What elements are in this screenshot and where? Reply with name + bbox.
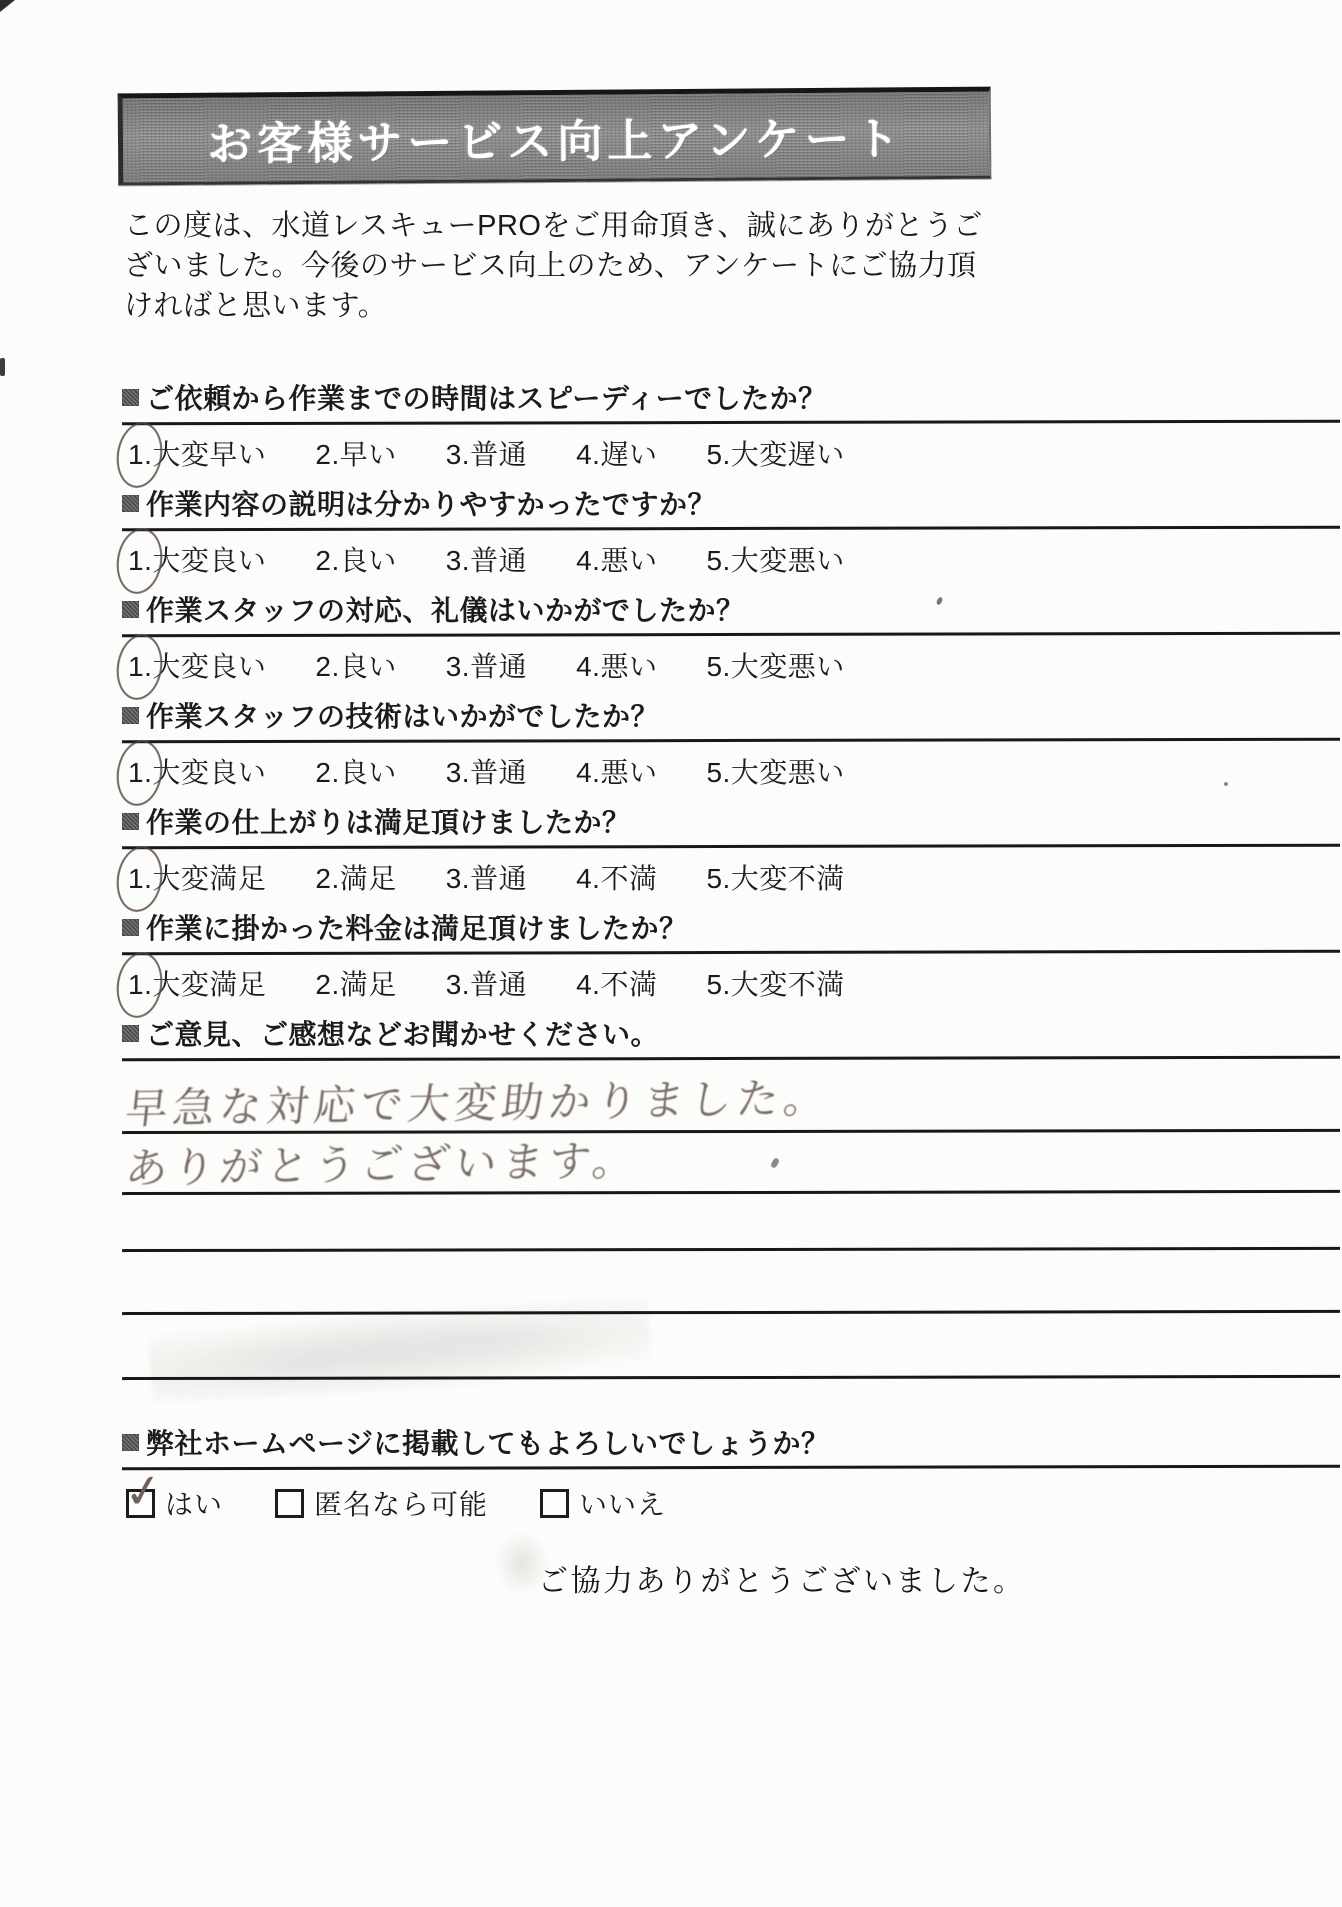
handwritten-circle [112,525,167,597]
question-3-option-1[interactable]: 1.大変良い [128,645,266,685]
question-label: 作業スタッフの対応、礼儀はいかがでしたか？ [146,589,745,629]
handwritten-comment: 早急な対応で大変助かりました。 [123,1065,834,1136]
question-heading: 作業の仕上がりは満足頂けましたか？ [122,802,1340,840]
question-6-option-3[interactable]: 3.普通 [446,963,527,1003]
comment-lines: 早急な対応で大変助かりました。ありがとうございます。 [122,1060,1340,1379]
publish-label: 弊社ホームページに掲載してもよろしいでしょうか？ [146,1422,829,1462]
question-heading: 作業に掛かった料金は満足頂けましたか？ [122,908,1340,946]
question-3-option-2[interactable]: 2.良い [315,645,396,685]
handwritten-comment: ありがとうございます。 [123,1128,643,1196]
question-1-option-4[interactable]: 4.遅い [576,433,657,473]
form-body: ご依頼から作業までの時間はスピーディーでしたか？ 1.大変早い2.早い3.普通4… [122,378,1340,1523]
question-3-option-3[interactable]: 3.普通 [446,645,527,685]
checkbox[interactable] [540,1489,569,1518]
publish-heading: 弊社ホームページに掲載してもよろしいでしょうか？ [122,1423,1340,1461]
comments-section: ご意見、ご感想などお聞かせください。 早急な対応で大変助かりました。ありがとうご… [122,1014,1340,1379]
question-block: 作業スタッフの対応、礼儀はいかがでしたか？ 1.大変良い2.良い3.普通4.悪い… [122,590,1340,682]
question-block: 作業内容の説明は分かりやすかったですか？ 1.大変良い2.良い3.普通4.悪い5… [122,484,1340,576]
handwritten-circle [112,631,167,703]
question-5-option-2[interactable]: 2.満足 [315,857,396,897]
question-2-option-3[interactable]: 3.普通 [446,539,527,579]
question-2-option-4[interactable]: 4.悪い [576,539,657,579]
publish-option-label: いいえ [579,1483,666,1523]
comment-line-2: ありがとうございます。 [122,1132,1340,1195]
question-block: 作業スタッフの技術はいかがでしたか？ 1.大変良い2.良い3.普通4.悪い5.大… [122,696,1340,788]
closing-message: ご協力ありがとうございました。 [538,1556,1026,1600]
intro-paragraph: この度は、水道レスキューPROをご用命頂き、誠にありがとうご ざいました。今後の… [124,206,1008,326]
question-1-option-2[interactable]: 2.早い [315,433,396,473]
publish-consent-section: 弊社ホームページに掲載してもよろしいでしょうか？ ✓はい匿名なら可能いいえ [122,1423,1340,1523]
question-2-option-1[interactable]: 1.大変良い [128,539,266,579]
publish-option-label: はい [165,1483,223,1523]
comment-line-4 [122,1250,1340,1315]
question-label: 作業に掛かった料金は満足頂けましたか？ [146,907,688,947]
question-options: 1.大変良い2.良い3.普通4.悪い5.大変悪い [122,636,1340,682]
question-3-option-4[interactable]: 4.悪い [576,645,657,685]
square-bullet-icon [122,813,139,830]
question-6-option-5[interactable]: 5.大変不満 [706,963,844,1003]
question-6-option-2[interactable]: 2.満足 [315,963,396,1003]
question-2-option-5[interactable]: 5.大変悪い [706,539,844,579]
question-label: 作業スタッフの技術はいかがでしたか？ [146,695,659,735]
handwritten-check-mark: ✓ [121,1465,166,1516]
question-4-option-4[interactable]: 4.悪い [576,751,657,791]
question-block: 作業の仕上がりは満足頂けましたか？ 1.大変満足2.満足3.普通4.不満5.大変… [122,802,1340,894]
question-2-option-2[interactable]: 2.良い [315,539,396,579]
publish-option-1[interactable]: ✓はい [126,1483,223,1523]
comments-label: ご意見、ご感想などお聞かせください。 [146,1013,659,1053]
question-label: 作業内容の説明は分かりやすかったですか？ [146,483,716,523]
question-4-option-1[interactable]: 1.大変良い [128,751,266,791]
questions: ご依頼から作業までの時間はスピーディーでしたか？ 1.大変早い2.早い3.普通4… [122,378,1340,1000]
question-4-option-2[interactable]: 2.良い [315,751,396,791]
square-bullet-icon [122,601,139,618]
handwritten-circle [112,419,167,491]
comment-line-5 [122,1313,1340,1380]
question-options: 1.大変満足2.満足3.普通4.不満5.大変不満 [122,954,1340,1000]
question-5-option-4[interactable]: 4.不満 [576,857,657,897]
question-options: 1.大変良い2.良い3.普通4.悪い5.大変悪い [122,530,1340,576]
question-4-option-3[interactable]: 3.普通 [446,751,527,791]
question-heading: 作業スタッフの技術はいかがでしたか？ [122,696,1340,734]
publish-option-3[interactable]: いいえ [540,1483,666,1523]
square-bullet-icon [122,919,139,936]
scan-artifact [0,0,15,12]
question-options: 1.大変良い2.良い3.普通4.悪い5.大変悪い [122,742,1340,788]
handwritten-circle [112,843,167,915]
comment-line-3 [122,1193,1340,1252]
question-4-option-5[interactable]: 5.大変悪い [706,751,844,791]
checkbox-checked[interactable]: ✓ [126,1489,155,1518]
square-bullet-icon [122,495,139,512]
question-1-option-3[interactable]: 3.普通 [446,433,527,473]
question-options: 1.大変満足2.満足3.普通4.不満5.大変不満 [122,848,1340,894]
question-1-option-1[interactable]: 1.大変早い [128,433,266,473]
square-bullet-icon [122,389,139,406]
question-5-option-3[interactable]: 3.普通 [446,857,527,897]
question-block: ご依頼から作業までの時間はスピーディーでしたか？ 1.大変早い2.早い3.普通4… [122,378,1340,470]
scanned-survey-page: お客様サービス向上アンケート この度は、水道レスキューPROをご用命頂き、誠にあ… [0,0,1342,1907]
handwritten-circle [112,949,167,1021]
square-bullet-icon [122,707,139,724]
question-heading: 作業スタッフの対応、礼儀はいかがでしたか？ [122,590,1340,628]
question-heading: ご依頼から作業までの時間はスピーディーでしたか？ [122,378,1340,416]
comment-line-1: 早急な対応で大変助かりました。 [122,1059,1340,1134]
square-bullet-icon [122,1025,139,1042]
scan-artifact [0,358,5,376]
question-block: 作業に掛かった料金は満足頂けましたか？ 1.大変満足2.満足3.普通4.不満5.… [122,908,1340,1000]
question-1-option-5[interactable]: 5.大変遅い [706,433,844,473]
square-bullet-icon [122,1434,139,1451]
question-6-option-4[interactable]: 4.不満 [576,963,657,1003]
question-heading: 作業内容の説明は分かりやすかったですか？ [122,484,1340,522]
publish-option-label: 匿名なら可能 [314,1483,488,1523]
question-label: ご依頼から作業までの時間はスピーディーでしたか？ [146,377,827,417]
publish-option-2[interactable]: 匿名なら可能 [275,1483,488,1523]
publish-options-row: ✓はい匿名なら可能いいえ [122,1469,1340,1523]
question-options: 1.大変早い2.早い3.普通4.遅い5.大変遅い [122,424,1340,470]
question-5-option-5[interactable]: 5.大変不満 [706,857,844,897]
comments-heading: ご意見、ご感想などお聞かせください。 [122,1014,1340,1052]
question-5-option-1[interactable]: 1.大変満足 [128,857,266,897]
title-banner: お客様サービス向上アンケート [118,87,992,186]
page-title: お客様サービス向上アンケート [207,102,905,172]
question-6-option-1[interactable]: 1.大変満足 [128,963,266,1003]
checkbox[interactable] [275,1489,304,1518]
handwritten-circle [112,737,167,809]
question-label: 作業の仕上がりは満足頂けましたか？ [146,801,631,841]
question-3-option-5[interactable]: 5.大変悪い [706,645,844,685]
